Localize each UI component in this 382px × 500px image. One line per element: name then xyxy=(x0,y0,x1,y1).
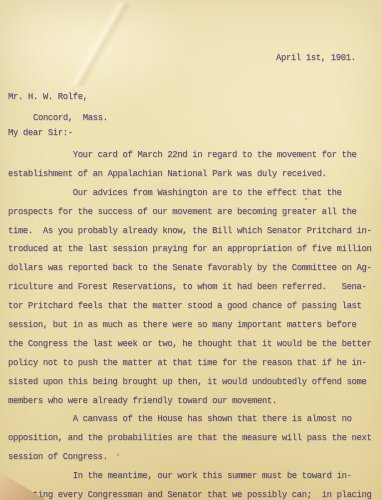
recipient-city: Concord, Mass. xyxy=(33,113,108,123)
letter-line: establishment of an Appalachian National… xyxy=(8,165,380,184)
letter-line: opposition, and the probabilities are th… xyxy=(8,429,380,448)
letter-line: dollars was reported back to the Senate … xyxy=(8,259,380,278)
letter-line: session of Congress. xyxy=(8,448,380,467)
letter-line: session, but in as much as there were so… xyxy=(8,316,380,335)
letter-date: April 1st, 1901. xyxy=(276,53,356,63)
letter-line: tor Pritchard feels that the matter stoo… xyxy=(8,297,380,316)
letter-line: members who were already friendly toward… xyxy=(8,392,380,411)
letter-line: In the meantime, our work this summer mu… xyxy=(8,467,380,486)
recipient-name: Mr. H. W. Rolfe, xyxy=(8,92,88,102)
paper-crease xyxy=(46,0,152,94)
letter-line: time. As you probably already know, the … xyxy=(8,222,380,241)
letter-line: A canvass of the House has shown that th… xyxy=(8,410,380,429)
letter-body: Your card of March 22nd in regard to the… xyxy=(8,146,380,500)
letter-line: Your card of March 22nd in regard to the… xyxy=(8,146,380,165)
letter-line: policy not to push the matter at that ti… xyxy=(8,354,380,373)
letter-line: prospects for the success of our movemen… xyxy=(8,203,380,222)
letter-line: riculture and Forest Reservations, to wh… xyxy=(8,278,380,297)
salutation: My dear Sir:- xyxy=(8,128,73,138)
letter-line: the Congress the last week or two, he th… xyxy=(8,335,380,354)
letter-line: troduced at the last session praying for… xyxy=(8,240,380,259)
letter-line: Our advices from Washington are to the e… xyxy=(8,184,380,203)
letter-line: sisted upon this being brought up then, … xyxy=(8,373,380,392)
letter-line: teresting every Congressman and Senator … xyxy=(8,486,380,500)
letter-page: April 1st, 1901. Mr. H. W. Rolfe, Concor… xyxy=(0,0,382,500)
